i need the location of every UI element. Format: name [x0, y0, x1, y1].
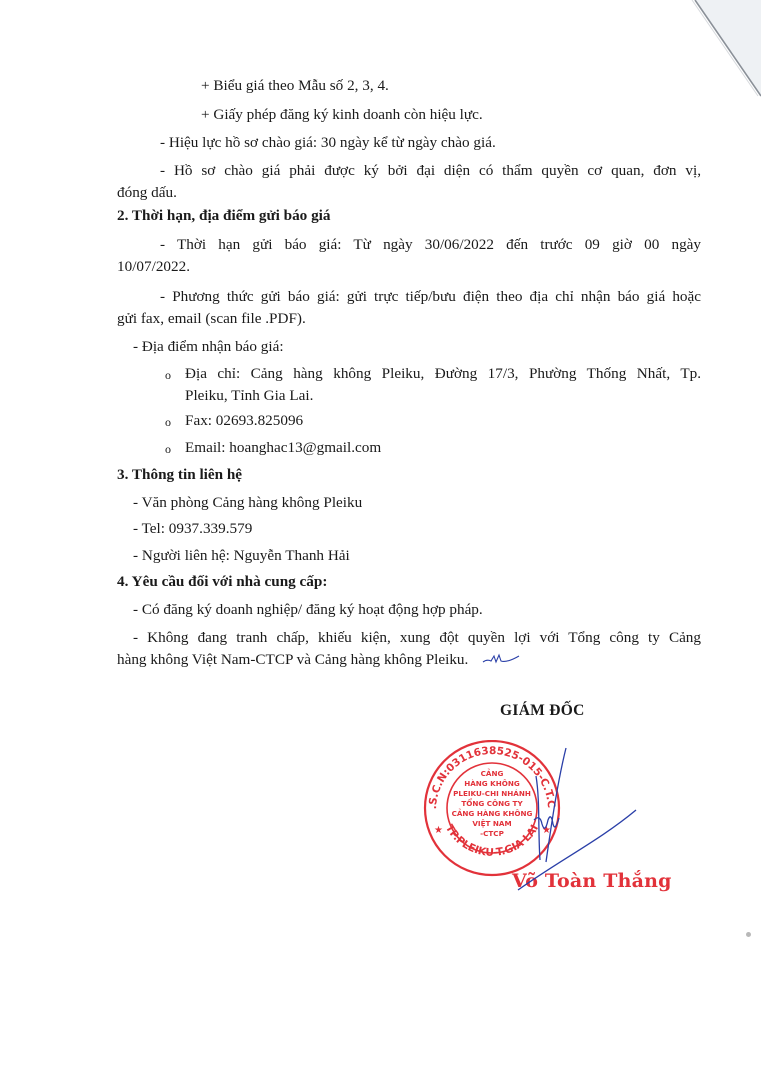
phuong-thuc-line2: gửi fax, email (scan file .PDF). [117, 310, 306, 328]
ky-boi-line2: đóng dấu. [117, 184, 177, 202]
svg-text:HÀNG KHÔNG: HÀNG KHÔNG [464, 779, 520, 788]
svg-text:CẢNG: CẢNG [481, 768, 504, 778]
phuong-thuc-line1: - Phương thức gửi báo giá: gửi trực tiếp… [160, 288, 701, 306]
email-text: Email: hoanghac13@gmail.com [185, 439, 381, 457]
thoi-han-line2: 10/07/2022. [117, 258, 190, 276]
fax-text: Fax: 02693.825096 [185, 412, 303, 430]
ky-boi-line1: - Hồ sơ chào giá phải được ký bởi đại di… [160, 162, 701, 180]
svg-text:PLEIKU-CHI NHÁNH: PLEIKU-CHI NHÁNH [453, 789, 531, 798]
document-page: + Biểu giá theo Mẫu số 2, 3, 4. + Giấy p… [0, 0, 761, 1074]
signer-name: Võ Toàn Thắng [512, 870, 672, 892]
bullet-circle-icon: o [165, 366, 171, 384]
dang-ky-text: - Có đăng ký doanh nghiệp/ đăng ký hoạt … [133, 601, 483, 619]
bullet-circle-icon: o [165, 440, 171, 458]
dia-chi-line2: Pleiku, Tỉnh Gia Lai. [185, 387, 313, 405]
hieu-luc-text: - Hiệu lực hồ sơ chào giá: 30 ngày kể từ… [160, 134, 496, 152]
tel-text: - Tel: 0937.339.579 [133, 520, 252, 538]
svg-text:TỔNG CÔNG TY: TỔNG CÔNG TY [461, 798, 523, 808]
dia-chi-line1: Địa chỉ: Cảng hàng không Pleiku, Đường 1… [185, 365, 701, 383]
thoi-han-line1: - Thời hạn gửi báo giá: Từ ngày 30/06/20… [160, 236, 701, 254]
tranh-chap-line2: hàng không Việt Nam-CTCP và Cảng hàng kh… [117, 651, 468, 669]
section2-heading: 2. Thời hạn, địa điểm gửi báo giá [117, 207, 330, 225]
van-phong-text: - Văn phòng Cảng hàng không Pleiku [133, 494, 362, 512]
bullet-circle-icon: o [165, 413, 171, 431]
item-bieu-gia: + Biểu giá theo Mẫu số 2, 3, 4. [201, 77, 389, 95]
section3-heading: 3. Thông tin liên hệ [117, 466, 242, 484]
svg-text:CẢNG HÀNG KHÔNG: CẢNG HÀNG KHÔNG [452, 808, 533, 818]
svg-text:★: ★ [542, 825, 551, 836]
dia-diem-label: - Địa điểm nhận báo giá: [133, 338, 284, 356]
svg-text:★: ★ [434, 825, 443, 836]
nguoi-lien-he-text: - Người liên hệ: Nguyễn Thanh Hải [133, 547, 350, 565]
item-giay-phep: + Giấy phép đăng ký kinh doanh còn hiệu … [201, 106, 483, 124]
signoff-title: GIÁM ĐỐC [500, 702, 585, 720]
company-stamp-icon: M.S.C.N:0311638525-015-C.T.C.P TP.PLEIKU… [420, 740, 566, 880]
tranh-chap-line1: - Không đang tranh chấp, khiếu kiện, xun… [133, 629, 701, 647]
section4-heading: 4. Yêu cầu đối với nhà cung cấp: [117, 573, 327, 591]
scan-speck [746, 932, 751, 937]
svg-text:-CTCP: -CTCP [480, 829, 504, 838]
svg-text:VIỆT NAM: VIỆT NAM [472, 819, 511, 828]
